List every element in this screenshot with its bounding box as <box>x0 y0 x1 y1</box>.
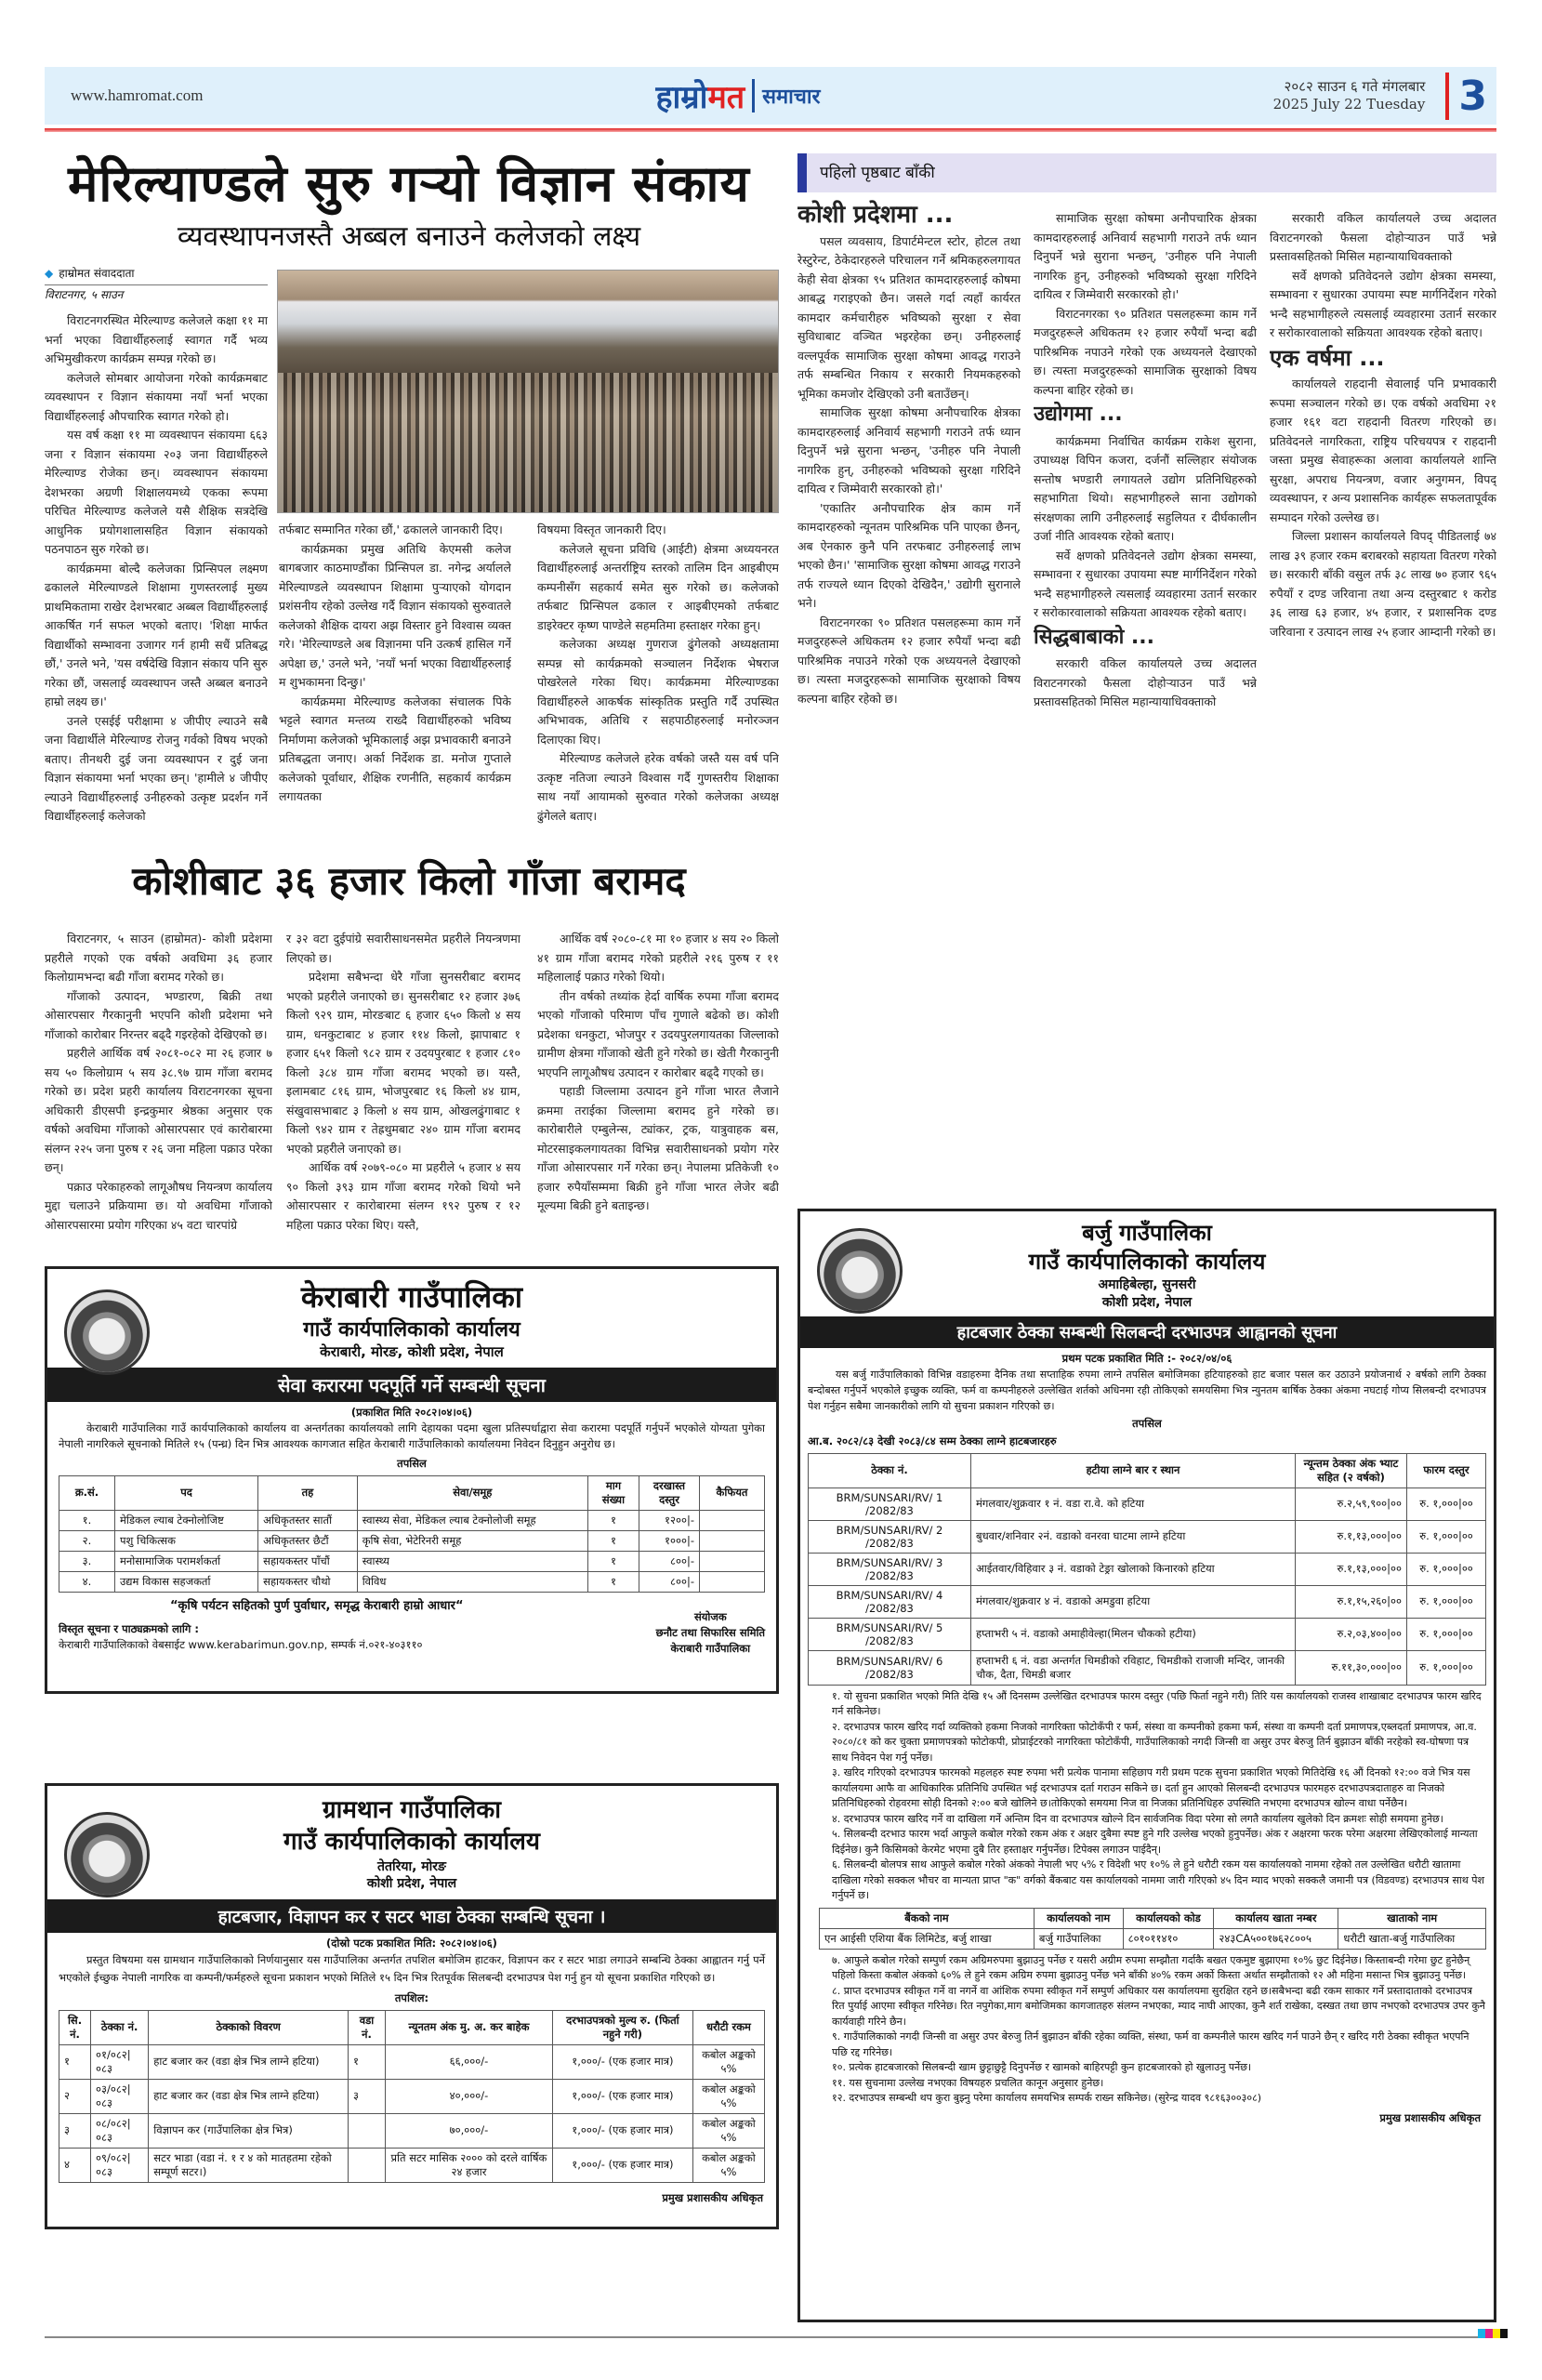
cell: सटर भाडा (वडा नं. १ र ४ को मातहतमा रहेको… <box>149 2148 349 2182</box>
nepal-emblem-icon <box>817 1228 903 1314</box>
cell: रु. १,०००|०० <box>1407 1520 1486 1553</box>
cell: रु.१,१३,०००|०० <box>1296 1553 1407 1585</box>
term-item: १०. प्रत्येक हाटबजारको सिलबन्दी खाम छुट्… <box>832 2060 1486 2076</box>
cell: १ <box>588 1571 639 1592</box>
cell: स्वास्थ्य सेवा, मेडिकल ल्याब टेक्नोलोजी … <box>357 1510 587 1530</box>
term-item: ७. आफुले कबोल गरेको सम्पुर्ण रकम अग्रिमर… <box>832 1953 1486 1984</box>
terms-list-a: १. यो सुचना प्रकाशित भएको मिति देखि १५ औ… <box>800 1686 1494 1904</box>
cell: ३ <box>349 2079 386 2113</box>
section-title: उद्योगमा ... <box>1034 405 1257 425</box>
paragraph: विराटनगरका ९० प्रतिशत पसलहरूमा काम गर्ने… <box>1034 305 1257 401</box>
column-header: सेवा/समूह <box>357 1475 587 1510</box>
paragraph: विराटनगर, ५ साउन (हाम्रोमत)- कोशी प्रदेश… <box>45 930 272 987</box>
table-row: एन आईसी एशिया बैंक लिमिटेड, बर्जु शाखाबर… <box>820 1928 1486 1949</box>
paragraph: सामाजिक सुरक्षा कोषमा अनौपचारिक क्षेत्रक… <box>797 403 1021 499</box>
contracts-table: सि. नं. ठेक्का नं. ठेक्काको विवरण वडा नं… <box>59 2010 765 2183</box>
cell: पशु चिकित्सक <box>115 1530 258 1551</box>
ad-barju-notice: बर्जु गाउँपालिका गाउँ कार्यपालिकाको कार्… <box>797 1209 1496 2322</box>
info-text[interactable]: केराबारी गाउँपालिकाको वेबसाईट www.keraba… <box>59 1637 464 1653</box>
site-url[interactable]: www.hamromat.com <box>71 86 203 105</box>
table-row: २.पशु चिकित्सकअधिकृतस्तर छैटौंकृषि सेवा,… <box>59 1530 765 1551</box>
cell: हाट बजार कर (वडा क्षेत्र भित्र लाग्ने हट… <box>149 2044 349 2079</box>
signatory-org: केराबारी गाउँपालिका <box>656 1641 765 1657</box>
dateline: विराटनगर, ५ साउन <box>45 286 123 302</box>
term-item: ४. दरभाउपत्र फारम खरिद गर्ने वा दाखिला ग… <box>832 1812 1486 1828</box>
table-row: ४.उद्यम विकास सहजकर्तासहायकस्तर चौथोविवि… <box>59 1571 765 1592</box>
column-header: सि. नं. <box>59 2010 91 2044</box>
cell: BRM/SUNSARI/RV/ 6 /2082/83 <box>809 1650 971 1685</box>
masthead-rule <box>45 128 1496 132</box>
cell: आईतवार/विहिवार ३ नं. वडाको टेङ्रा खोलाको… <box>971 1553 1296 1585</box>
paragraph: कलेजले सोमबार आयोजना गरेको कार्यक्रमबाट … <box>45 369 268 427</box>
section-title: एक वर्षमा ... <box>1270 349 1496 368</box>
date-page-block: २०८२ साउन ६ गते मंगलबार 2025 July 22 Tue… <box>1273 73 1487 120</box>
column-header: पद <box>115 1475 258 1510</box>
story1-col3: विषयमा विस्तृत जानकारी दिए। कलेजले सूचना… <box>537 521 779 837</box>
notice-title: हाटबजार, विज्ञापन कर र सटर भाडा ठेक्का स… <box>47 1899 776 1933</box>
paragraph: सरकारी वकिल कार्यालयले उच्च अदालत विराटन… <box>1034 654 1257 712</box>
table-header-row: ठेक्का नं. हटीया लाग्ने बार र स्थान न्यू… <box>809 1453 1486 1487</box>
cell <box>700 1530 765 1551</box>
notice-body: यस बर्जु गाउँपालिकाको विभिन्न वडाहरुमा द… <box>800 1367 1494 1414</box>
hatbazar-table: ठेक्का नं. हटीया लाग्ने बार र स्थान न्यू… <box>808 1453 1486 1686</box>
cell: स्वास्थ्य <box>357 1551 587 1571</box>
cell: धरौटी खाता-बर्जु गाउँपालिका <box>1338 1928 1486 1949</box>
paragraph: कलेजले सूचना प्रविधि (आईटी) क्षेत्रमा अध… <box>537 540 779 636</box>
cell: २. <box>59 1530 115 1551</box>
paragraph: आर्थिक वर्ष २०८०-८१ मा १० हजार ४ सय २० क… <box>537 930 779 987</box>
cell: १. <box>59 1510 115 1530</box>
cell: रु.१,१५,२६०|०० <box>1296 1585 1407 1618</box>
table-row: २०३/०८२|०८३हाट बजार कर (वडा क्षेत्र भित्… <box>59 2079 765 2113</box>
cell: ४. <box>59 1571 115 1592</box>
term-item: ६. सिलबन्दी बोलपत्र साथ आफुले कबोल गरेको… <box>832 1858 1486 1904</box>
cell: कबोल अङ्कको ५% <box>692 2148 764 2182</box>
cell: BRM/SUNSARI/RV/ 5 /2082/83 <box>809 1618 971 1650</box>
paragraph: कलेजका अध्यक्ष गुणराज ढुंगेलको अध्यक्षता… <box>537 635 779 749</box>
table-header-row: क्र.सं. पद तह सेवा/समूह माग संख्या दरखास… <box>59 1475 765 1510</box>
continued-header: पहिलो पृष्ठबाट बाँकी <box>797 153 1496 192</box>
ad-footer: “कृषि पर्यटन सहितको पुर्ण पुर्वाधार, समृ… <box>47 1593 776 1657</box>
paragraph: मेरिल्याण्ड कलेजले हरेक वर्षको जस्तै यस … <box>537 749 779 826</box>
cell: ४०,०००/- <box>386 2079 553 2113</box>
signature: प्रमुख प्रशासकीय अधिकृत <box>800 2107 1494 2126</box>
column-header: ठेक्काको विवरण <box>149 2010 349 2044</box>
published-date: प्रथम पटक प्रकाशित मिति :- २०८२/०४/०६ <box>800 1351 1494 1367</box>
bank-table: बैंकको नाम कार्यालयको नाम कार्यालयको कोड… <box>819 1908 1486 1950</box>
column-header: कार्यालयको कोड <box>1123 1908 1214 1928</box>
column-header: दरभाउपत्रको मुल्य रु. (फिर्ता नहुने गरी) <box>552 2010 692 2044</box>
date-nepali: २०८२ साउन ६ गते मंगलबार <box>1273 78 1426 96</box>
paragraph: प्रदेशमा सबैभन्दा धेरै गाँजा सुनसरीबाट ब… <box>286 968 521 1158</box>
cell: कबोल अङ्कको ५% <box>692 2113 764 2148</box>
published-date: (दोस्रो पटक प्रकाशित मिति: २०८२।०४।०६) <box>47 1936 776 1951</box>
cell: ०९/०८२|०८३ <box>91 2148 149 2182</box>
column-header: कार्यालय खाता नम्बर <box>1214 1908 1338 1928</box>
cell: BRM/SUNSARI/RV/ 4 /2082/83 <box>809 1585 971 1618</box>
continued-col3: सरकारी वकिल कार्यालयले उच्च अदालत विराटन… <box>1270 209 1496 1167</box>
notice-body: केराबारी गाउँपालिका गाउँ कार्यपालिकाको क… <box>47 1421 776 1452</box>
paragraph: सामाजिक सुरक्षा कोषमा अनौपचारिक क्षेत्रक… <box>1034 209 1257 305</box>
cell: सहायकस्तर पाँचौं <box>258 1551 358 1571</box>
cell: १,०००/- (एक हजार मात्र) <box>552 2113 692 2148</box>
nepal-emblem-icon <box>64 1812 150 1897</box>
notice-body: प्रस्तुत विषयमा यस ग्रामथान गाउँपालिकाको… <box>47 1951 776 1987</box>
paragraph: उनले एसईई परीक्षामा ४ जीपीए ल्याउने सबै … <box>45 712 268 826</box>
column-header: माग संख्या <box>588 1475 639 1510</box>
cell: कृषि सेवा, भेटेरिनरी समूह <box>357 1530 587 1551</box>
cell: एन आईसी एशिया बैंक लिमिटेड, बर्जु शाखा <box>820 1928 1035 1949</box>
cell: ७०,०००/- <box>386 2113 553 2148</box>
column-header: धरौटी रकम <box>692 2010 764 2044</box>
cell: BRM/SUNSARI/RV/ 2 /2082/83 <box>809 1520 971 1553</box>
logo-divider <box>752 79 755 112</box>
paragraph: यस वर्ष कक्षा ११ मा व्यवस्थापन संकायमा ६… <box>45 426 268 560</box>
cell: १,०००/- (एक हजार मात्र) <box>552 2148 692 2182</box>
paragraph: पहाडी जिल्लामा उत्पादन हुने गाँजा भारत ल… <box>537 1082 779 1216</box>
notice-title: सेवा करारमा पदपूर्ति गर्ने सम्बन्धी सूचन… <box>47 1368 776 1402</box>
table-row: BRM/SUNSARI/RV/ 6 /2082/83हप्ताभरी ६ नं.… <box>809 1650 1486 1685</box>
cell: रु.२,५९,९००|०० <box>1296 1487 1407 1520</box>
diamond-icon: ◆ <box>45 267 53 280</box>
term-item: १२. दरभाउपत्र सम्बन्धी थप कुरा बुझ्नु पर… <box>832 2091 1486 2107</box>
cell: रु. १,०००|०० <box>1407 1650 1486 1685</box>
cell: रु.११,३०,०००|०० <box>1296 1650 1407 1685</box>
column-header: ठेक्का नं. <box>91 2010 149 2044</box>
cell <box>700 1551 765 1571</box>
column-header: फारम दस्तुर <box>1407 1453 1486 1487</box>
cell: उद्यम विकास सहजकर्ता <box>115 1571 258 1592</box>
cell: हप्ताभरी ५ नं. वडाको अमाहीवेल्हा(मिलन चौ… <box>971 1618 1296 1650</box>
info-label: विस्तृत सूचना र पाठ्यक्रमको लागि : <box>59 1621 464 1637</box>
cell: ४ <box>59 2148 91 2182</box>
cell: १ <box>588 1510 639 1530</box>
paragraph: र ३२ वटा दुईपांग्रे सवारीसाधनसमेत प्रहरी… <box>286 930 521 968</box>
address-line2: कोशी प्रदेश, नेपाल <box>800 1294 1494 1311</box>
table-caption: तपसिल <box>47 1456 776 1472</box>
cell: १,०००/- (एक हजार मात्र) <box>552 2079 692 2113</box>
signatory-committee: छनौट तथा सिफारिस समिति <box>656 1625 765 1641</box>
office-name: गाउँ कार्यपालिकाको कार्यालय <box>47 1827 776 1858</box>
term-item: २. दरभाउपत्र फारम खरिद गर्दा व्यक्तिको ह… <box>832 1720 1486 1766</box>
column-header: खाताको नाम <box>1338 1908 1486 1928</box>
logo-mat: मत <box>707 74 745 117</box>
terms-list-b: ७. आफुले कबोल गरेको सम्पुर्ण रकम अग्रिमर… <box>800 1950 1494 2107</box>
paragraph: आर्थिक वर्ष २०७९-०८० मा प्रहरीले ५ हजार … <box>286 1158 521 1235</box>
yellow-swatch <box>1493 2329 1500 2338</box>
cell: मेडिकल ल्याब टेक्नोलोजिष्ट <box>115 1510 258 1530</box>
org-name: ग्रामथान गाउँपालिका <box>47 1795 776 1827</box>
paragraph: कार्यक्रमका प्रमुख अतिथि केएमसी कलेज बाग… <box>279 540 511 693</box>
column-header: तह <box>258 1475 358 1510</box>
published-date: (प्रकाशित मिति २०८२।०४।०६) <box>47 1405 776 1421</box>
cell: विविध <box>357 1571 587 1592</box>
date-english: 2025 July 22 Tuesday <box>1273 96 1426 113</box>
column-header: हटीया लाग्ने बार र स्थान <box>971 1453 1296 1487</box>
cell: रु. १,०००|०० <box>1407 1618 1486 1650</box>
column-header: दरखास्त दस्तुर <box>639 1475 700 1510</box>
cell: ०१/०८२|०८३ <box>91 2044 149 2079</box>
address-line2: कोशी प्रदेश, नेपाल <box>47 1875 776 1892</box>
cell: १ <box>59 2044 91 2079</box>
signatory: संयोजक छनौट तथा सिफारिस समिति केराबारी ग… <box>656 1598 765 1657</box>
term-item: १. यो सुचना प्रकाशित भएको मिति देखि १५ औ… <box>832 1689 1486 1720</box>
page-number: 3 <box>1445 73 1487 120</box>
address-line1: तेतरिया, मोरङ <box>47 1858 776 1875</box>
paragraph: तर्फबाट सम्मानित गरेका छौं,' ढकालले जानक… <box>279 521 511 540</box>
table-row: ४०९/०८२|०८३सटर भाडा (वडा नं. १ र ४ को मा… <box>59 2148 765 2182</box>
table-subcaption: आ.ब. २०८२/८३ देखी २०८३/८४ सम्म ठेक्का ला… <box>800 1434 1494 1453</box>
cell: ६६,०००/- <box>386 2044 553 2079</box>
cell: बर्जु गाउँपालिका <box>1034 1928 1123 1949</box>
cell: ०८/०८२|०८३ <box>91 2113 149 2148</box>
cell: रु. १,०००|०० <box>1407 1553 1486 1585</box>
term-item: ८. प्राप्त दरभाउपत्र स्वीकृत गर्ने वा नग… <box>832 1984 1486 2030</box>
table-caption: तपशिल: <box>47 1990 776 2006</box>
section-title: कोशी प्रदेशमा ... <box>797 205 1021 225</box>
ad-kerabari-notice: केराबारी गाउँपालिका गाउँ कार्यपालिकाको क… <box>45 1266 779 1694</box>
paragraph: तीन वर्षको तथ्यांक हेर्दा वार्षिक रुपमा … <box>537 987 779 1083</box>
cell: २ <box>59 2079 91 2113</box>
cell: अधिकृतस्तर छैटौं <box>258 1530 358 1551</box>
cell: हप्ताभरी ६ नं. वडा अन्तर्गत चिमडीको रविह… <box>971 1650 1296 1685</box>
story2-col3: आर्थिक वर्ष २०८०-८१ मा १० हजार ४ सय २० क… <box>537 930 779 1246</box>
column-header: क्र.सं. <box>59 1475 115 1510</box>
story2-col1: विराटनगर, ५ साउन (हाम्रोमत)- कोशी प्रदेश… <box>45 930 272 1246</box>
cell: रु.२,०३,४००|०० <box>1296 1618 1407 1650</box>
masthead: www.hamromat.com हाम्रो मत समाचार २०८२ स… <box>45 67 1496 125</box>
footer-rule <box>45 2336 1496 2338</box>
signatory-title: संयोजक <box>656 1609 765 1625</box>
table-row: ३०८/०८२|०८३विज्ञापन कर (गाउँपालिका क्षेत… <box>59 2113 765 2148</box>
office-name: गाउँ कार्यपालिकाको कार्यालय <box>800 1248 1494 1276</box>
column-header: बैंकको नाम <box>820 1908 1035 1928</box>
table-row: BRM/SUNSARI/RV/ 1 /2082/83मंगलवार/शुक्रव… <box>809 1487 1486 1520</box>
cell: हाट बजार कर (वडा क्षेत्र भित्र लाग्ने हट… <box>149 2079 349 2113</box>
table-header-row: सि. नं. ठेक्का नं. ठेक्काको विवरण वडा नं… <box>59 2010 765 2044</box>
paragraph: सरकारी वकिल कार्यालयले उच्च अदालत विराटन… <box>1270 209 1496 267</box>
cell: मंगलवार/शुक्रवार १ नं. वडा रा.वे. को हटि… <box>971 1487 1296 1520</box>
cell: १२००|- <box>639 1510 700 1530</box>
org-name: केराबारी गाउँपालिका <box>47 1278 776 1317</box>
story1-subheadline: व्यवस्थापनजस्तै अब्बल बनाउने कलेजको लक्ष… <box>37 216 781 254</box>
cell: ३ <box>59 2113 91 2148</box>
cell: १ <box>588 1530 639 1551</box>
crowd-image <box>278 373 778 512</box>
table-row: ३.मनोसामाजिक परामर्शकर्तासहायकस्तर पाँचौ… <box>59 1551 765 1571</box>
logo-hamro: हाम्रो <box>655 74 707 117</box>
cell <box>349 2148 386 2182</box>
paragraph: 'एकातिर अनौपचारिक क्षेत्र काम गर्ने कामद… <box>797 499 1021 614</box>
cell: मनोसामाजिक परामर्शकर्ता <box>115 1551 258 1571</box>
cell: ८००|- <box>639 1571 700 1592</box>
paragraph: प्रहरीले आर्थिक वर्ष २०८१-०८२ मा २६ हजार… <box>45 1044 272 1178</box>
notice-title: हाटबजार ठेक्का सम्बन्धी सिलबन्दी दरभाउपत… <box>800 1316 1494 1348</box>
continued-col2: सामाजिक सुरक्षा कोषमा अनौपचारिक क्षेत्रक… <box>1034 209 1257 1167</box>
cell: विज्ञापन कर (गाउँपालिका क्षेत्र भित्र) <box>149 2113 349 2148</box>
cell: ८००|- <box>639 1551 700 1571</box>
table-row: १.मेडिकल ल्याब टेक्नोलोजिष्टअधिकृतस्तर स… <box>59 1510 765 1530</box>
column-header: न्यून्तम ठेक्का अंक भ्याट सहित (२ वर्षको… <box>1296 1453 1407 1487</box>
section-label: समाचार <box>762 82 820 110</box>
term-item: ११. यस सुचनामा उल्लेख नभएका विषयहरु प्रच… <box>832 2076 1486 2092</box>
section-title: सिद्धबाबाको ... <box>1034 628 1257 648</box>
table-row: BRM/SUNSARI/RV/ 2 /2082/83बुधवार/शनिवार … <box>809 1520 1486 1553</box>
paragraph: कार्यक्रममा बोल्दै कलेजका प्रिन्सिपल लक्… <box>45 560 268 712</box>
paragraph: सर्वे क्षणको प्रतिवेदनले उद्योग क्षेत्रक… <box>1270 267 1496 343</box>
paragraph: गाँजाको उत्पादन, भण्डारण, बिक्री तथा ओसा… <box>45 987 272 1045</box>
column-header: वडा नं. <box>349 2010 386 2044</box>
cell: कबोल अङ्कको ५% <box>692 2044 764 2079</box>
table-row: १०१/०८२|०८३हाट बजार कर (वडा क्षेत्र भित्… <box>59 2044 765 2079</box>
address-line1: अमाहिबेल्हा, सुनसरी <box>800 1276 1494 1293</box>
cell: सहायकस्तर चौथो <box>258 1571 358 1592</box>
term-item: ३. खरिद गरिएको दरभाउपत्र फारमको महलहरु स… <box>832 1765 1486 1812</box>
logo: हाम्रो मत समाचार <box>655 74 820 117</box>
paragraph: पक्राउ परेकाहरुको लागूऔषध नियन्त्रण कार्… <box>45 1178 272 1236</box>
cell: रु.१,१३,०००|०० <box>1296 1520 1407 1553</box>
slogan: “कृषि पर्यटन सहितको पुर्ण पुर्वाधार, समृ… <box>59 1598 464 1614</box>
story1-col1: विराटनगरस्थित मेरिल्याण्ड कलेजले कक्षा १… <box>45 311 268 837</box>
term-item: ९. गाउँपालिकाको नगदी जिन्सी वा असुर उपर … <box>832 2030 1486 2060</box>
address: केराबारी, मोरङ, कोशी प्रदेश, नेपाल <box>47 1343 776 1362</box>
paragraph: सर्वे क्षणको प्रतिवेदनले उद्योग क्षेत्रक… <box>1034 547 1257 623</box>
cell: १,०००/- (एक हजार मात्र) <box>552 2044 692 2079</box>
event-photo <box>277 270 779 513</box>
ad-gramthan-notice: ग्रामथान गाउँपालिका गाउँ कार्यपालिकाको क… <box>45 1783 779 2229</box>
cell: BRM/SUNSARI/RV/ 3 /2082/83 <box>809 1553 971 1585</box>
byline: ◆हाम्रोमत संवाददाता <box>45 265 268 285</box>
magenta-swatch <box>1485 2329 1493 2338</box>
term-item: ५. सिलबन्दी दरभाउ फारम भर्दा आफुले कबोल … <box>832 1827 1486 1858</box>
cell: १ <box>588 1551 639 1571</box>
cell <box>349 2113 386 2148</box>
byline-text: हाम्रोमत संवाददाता <box>59 267 134 280</box>
column-header: ठेक्का नं. <box>809 1453 971 1487</box>
positions-table: क्र.सं. पद तह सेवा/समूह माग संख्या दरखास… <box>59 1475 765 1593</box>
paragraph: विराटनगरस्थित मेरिल्याण्ड कलेजले कक्षा १… <box>45 311 268 369</box>
table-header-row: बैंकको नाम कार्यालयको नाम कार्यालयको कोड… <box>820 1908 1486 1928</box>
cell: ८०१०११४१० <box>1123 1928 1214 1949</box>
cell: ०३/०८२|०८३ <box>91 2079 149 2113</box>
paragraph: कार्यक्रममा निर्वाचित कार्यक्रम राकेश सु… <box>1034 432 1257 547</box>
paragraph: पसल व्यवसाय, डिपार्टमेन्टल स्टोर, होटल त… <box>797 232 1021 404</box>
continued-col1: कोशी प्रदेशमा ... पसल व्यवसाय, डिपार्टमे… <box>797 200 1021 1167</box>
cell: प्रति सटर मासिक २००० को दरले वार्षिक २४ … <box>386 2148 553 2182</box>
column-header: कैफियत <box>700 1475 765 1510</box>
paragraph: विषयमा विस्तृत जानकारी दिए। <box>537 521 779 540</box>
story1-headline: मेरिल्याण्डले सुरु गर्‍यो विज्ञान संकाय <box>37 147 781 216</box>
story1-col2: तर्फबाट सम्मानित गरेका छौं,' ढकालले जानक… <box>279 521 511 837</box>
issue-date: २०८२ साउन ६ गते मंगलबार 2025 July 22 Tue… <box>1273 78 1426 113</box>
cell: कबोल अङ्कको ५% <box>692 2079 764 2113</box>
cell <box>700 1571 765 1592</box>
cell: रु. १,०००|०० <box>1407 1585 1486 1618</box>
story2-headline: कोशीबाट ३६ हजार किलो गाँजा बरामद <box>37 853 781 906</box>
office-name: गाउँ कार्यपालिकाको कार्यालय <box>47 1317 776 1344</box>
cell: १ <box>349 2044 386 2079</box>
nepal-emblem-icon <box>64 1289 150 1375</box>
cell: १०००|- <box>639 1530 700 1551</box>
org-name: बर्जु गाउँपालिका <box>800 1219 1494 1248</box>
cell: २४३CA५००१७६२८००५ <box>1214 1928 1338 1949</box>
cmyk-registration-marks <box>1478 2329 1508 2338</box>
black-swatch <box>1500 2329 1508 2338</box>
table-row: BRM/SUNSARI/RV/ 4 /2082/83मंगलवार/शुक्रव… <box>809 1585 1486 1618</box>
paragraph: विराटनगरका ९० प्रतिशत पसलहरूमा काम गर्ने… <box>797 614 1021 709</box>
cell: बुधवार/शनिवार २नं. वडाको वनरवा घाटमा लाग… <box>971 1520 1296 1553</box>
column-header: कार्यालयको नाम <box>1034 1908 1123 1928</box>
column-header: न्यूनतम अंक मु. अ. कर बाहेक <box>386 2010 553 2044</box>
cell: अधिकृतस्तर सातौं <box>258 1510 358 1530</box>
paragraph: जिल्ला प्रशासन कार्यालयले विपद् पीडितलाई… <box>1270 527 1496 641</box>
paragraph: कार्यक्रममा मेरिल्याण्ड कलेजका संचालक पि… <box>279 693 511 807</box>
table-row: BRM/SUNSARI/RV/ 5 /2082/83हप्ताभरी ५ नं.… <box>809 1618 1486 1650</box>
paragraph: कार्यालयले राहदानी सेवालाई पनि प्रभावकार… <box>1270 375 1496 527</box>
cell: मंगलवार/शुक्रवार ४ नं. वडाको अमडुवा हटिय… <box>971 1585 1296 1618</box>
table-caption: तपसिल <box>800 1416 1494 1432</box>
cyan-swatch <box>1478 2329 1485 2338</box>
signature: प्रमुख प्रशासकीय अधिकृत <box>47 2183 776 2206</box>
cell: ३. <box>59 1551 115 1571</box>
table-row: BRM/SUNSARI/RV/ 3 /2082/83आईतवार/विहिवार… <box>809 1553 1486 1585</box>
story2-col2: र ३२ वटा दुईपांग्रे सवारीसाधनसमेत प्रहरी… <box>286 930 521 1246</box>
cell: रु. १,०००|०० <box>1407 1487 1486 1520</box>
cell: BRM/SUNSARI/RV/ 1 /2082/83 <box>809 1487 971 1520</box>
cell <box>700 1510 765 1530</box>
